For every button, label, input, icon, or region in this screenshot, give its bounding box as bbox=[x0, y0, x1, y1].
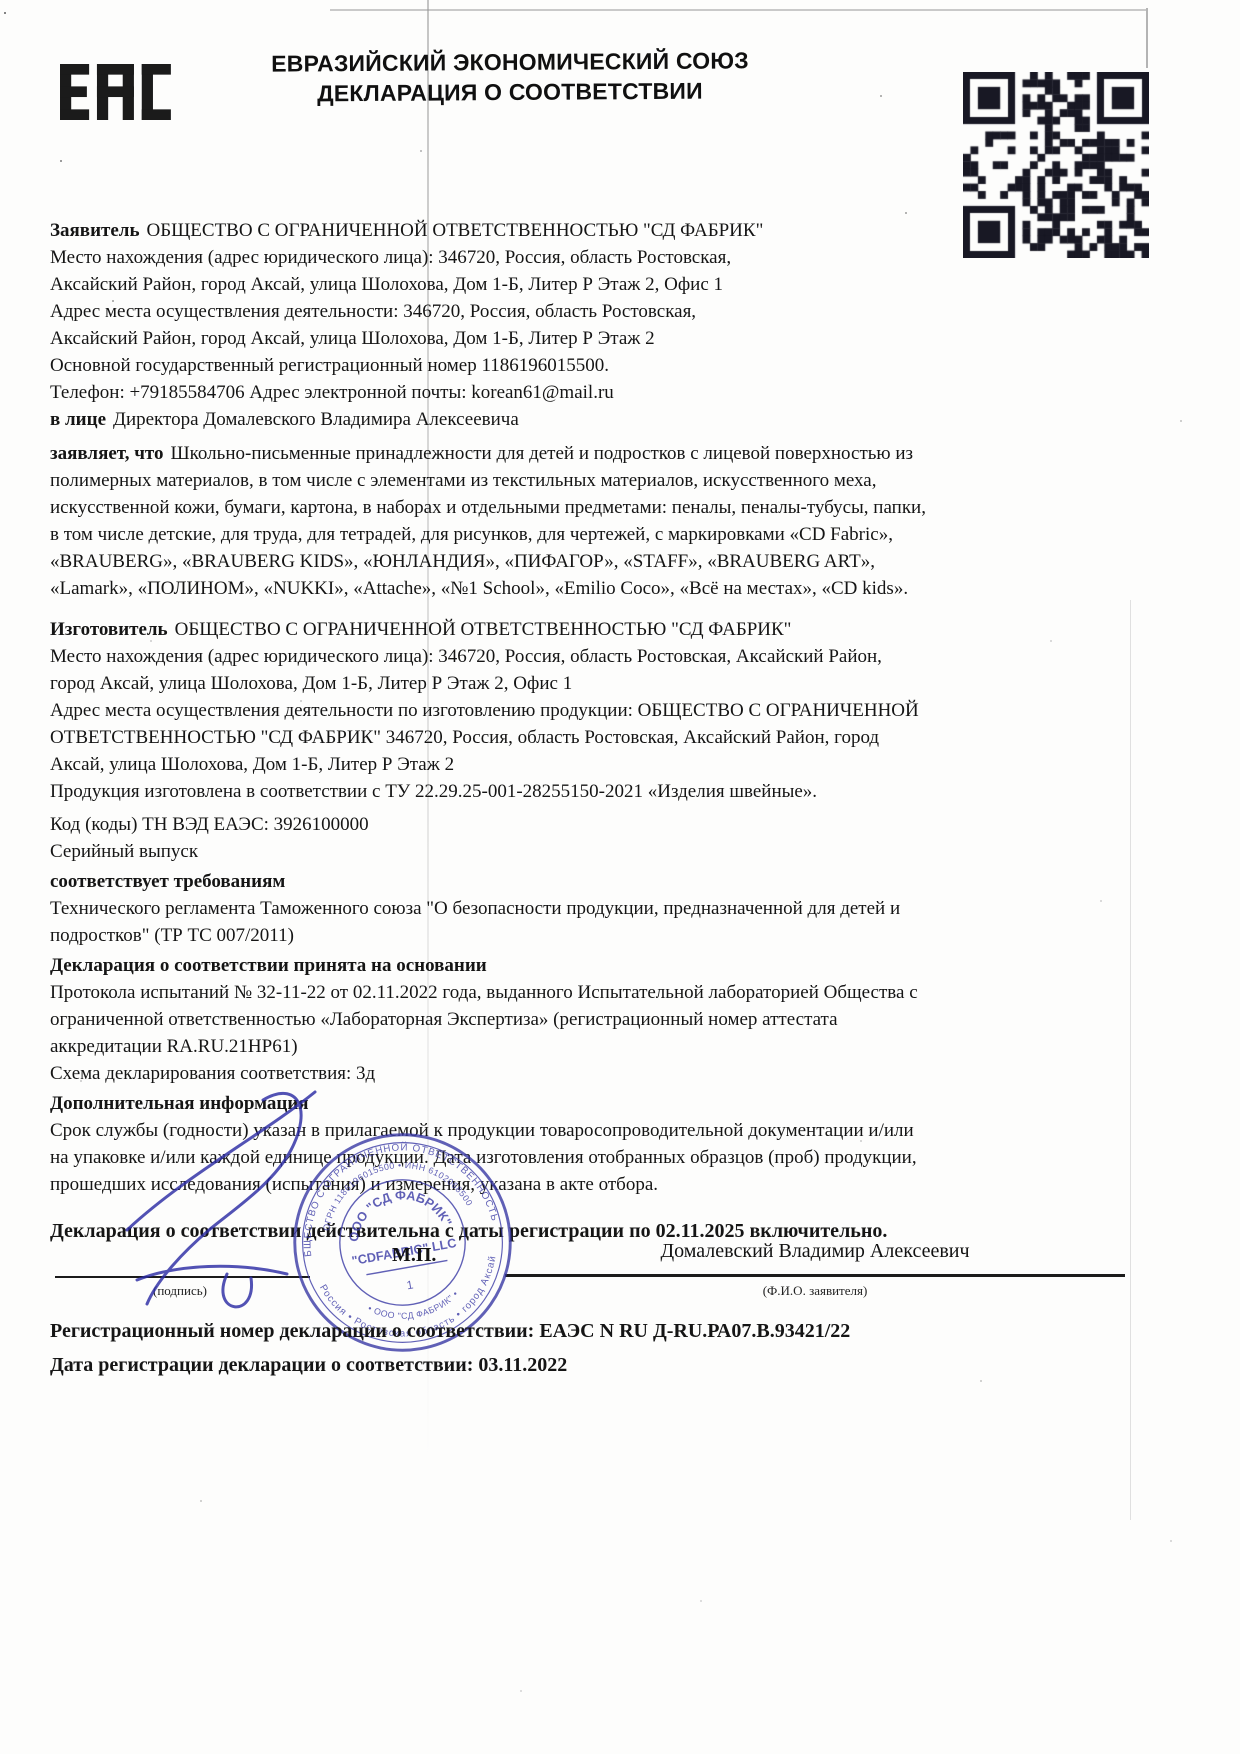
scan-top-line bbox=[330, 9, 1146, 11]
serial-release-line: Серийный выпуск bbox=[50, 839, 198, 865]
manufacturer-address-line: ОТВЕТСТВЕННОСТЬЮ "СД ФАБРИК" 346720, Рос… bbox=[50, 725, 879, 751]
declares-line: полимерных материалов, в том числе с эле… bbox=[50, 468, 876, 494]
declares-text: Школьно-письменные принадлежности для де… bbox=[171, 443, 914, 464]
handwritten-signature bbox=[115, 1078, 345, 1318]
applicant-fio: Домалевский Владимир Алексеевич bbox=[640, 1240, 990, 1263]
compliance-heading: соответствует требованиям bbox=[50, 869, 285, 895]
registration-number-line: Регистрационный номер декларации о соотв… bbox=[50, 1318, 850, 1344]
declares-line: в том числе детские, для труда, для тетр… bbox=[50, 522, 893, 548]
manufacturer-address-line: Место нахождения (адрес юридического лиц… bbox=[50, 644, 882, 670]
declares-line: искусственной кожи, бумаги, картона, в н… bbox=[50, 495, 926, 521]
stamp-center-arc-text: ООО "СД ФАБРИК" bbox=[338, 1178, 456, 1245]
representative-line: в лицеДиректора Домалевского Владимира А… bbox=[50, 407, 519, 433]
declares-brands-line: «BRAUBERG», «BRAUBERG KIDS», «ЮНЛАНДИЯ»,… bbox=[50, 549, 875, 575]
scan-right-streak bbox=[1130, 600, 1131, 1520]
manufacturer-address-line: Аксай, улица Шолохова, Дом 1-Б, Литер Р … bbox=[50, 752, 454, 778]
scan-noise bbox=[0, 0, 2, 2]
representative-name: Директора Домалевского Владимира Алексее… bbox=[113, 409, 519, 430]
scan-right-tick bbox=[1146, 8, 1148, 68]
fio-line bbox=[505, 1274, 1125, 1277]
manufacturer-name: ОБЩЕСТВО С ОГРАНИЧЕННОЙ ОТВЕТСТВЕННОСТЬЮ… bbox=[175, 619, 792, 640]
applicant-line: ЗаявительОБЩЕСТВО С ОГРАНИЧЕННОЙ ОТВЕТСТ… bbox=[50, 218, 763, 244]
basis-line: ограниченной ответственностью «Лаборатор… bbox=[50, 1007, 838, 1033]
applicant-ogrn-line: Основной государственный регистрационный… bbox=[50, 353, 609, 379]
declares-label: заявляет, что bbox=[50, 443, 164, 464]
applicant-address-line: Аксайский Район, город Аксай, улица Шоло… bbox=[50, 272, 723, 298]
representative-label: в лице bbox=[50, 409, 106, 430]
stamp-center-number: 1 bbox=[406, 1278, 415, 1292]
applicant-address-line: Аксайский Район, город Аксай, улица Шоло… bbox=[50, 326, 655, 352]
compliance-line: Технического регламента Таможенного союз… bbox=[50, 896, 900, 922]
basis-line: Протокола испытаний № 32-11-22 от 02.11.… bbox=[50, 980, 918, 1006]
applicant-address-line: Адрес места осуществления деятельности: … bbox=[50, 299, 696, 325]
declares-line: заявляет, чтоШкольно-письменные принадле… bbox=[50, 441, 913, 467]
compliance-line: подростков" (ТР ТС 007/2011) bbox=[50, 923, 294, 949]
applicant-name: ОБЩЕСТВО С ОГРАНИЧЕННОЙ ОТВЕТСТВЕННОСТЬЮ… bbox=[147, 220, 764, 241]
qr-code bbox=[963, 72, 1149, 258]
eac-mark-logo bbox=[60, 42, 172, 147]
manufacturer-line: ИзготовительОБЩЕСТВО С ОГРАНИЧЕННОЙ ОТВЕ… bbox=[50, 617, 791, 643]
doc-type-title: ДЕКЛАРАЦИЯ О СООТВЕТСТВИИ bbox=[255, 76, 765, 109]
manufacturer-address-line: город Аксай, улица Шолохова, Дом 1-Б, Ли… bbox=[50, 671, 572, 697]
applicant-address-line: Место нахождения (адрес юридического лиц… bbox=[50, 245, 731, 271]
production-standard-line: Продукция изготовлена в соответствии с Т… bbox=[50, 779, 817, 805]
manufacturer-label: Изготовитель bbox=[50, 619, 168, 640]
union-name-title: ЕВРАЗИЙСКИЙ ЭКОНОМИЧЕСКИЙ СОЮЗ bbox=[255, 46, 765, 79]
registration-date-line: Дата регистрации декларации о соответств… bbox=[50, 1352, 567, 1378]
declaration-document: ЕВРАЗИЙСКИЙ ЭКОНОМИЧЕСКИЙ СОЮЗ ДЕКЛАРАЦИ… bbox=[0, 0, 1240, 1754]
tnved-code-line: Код (коды) ТН ВЭД ЕАЭС: 3926100000 bbox=[50, 812, 369, 838]
svg-text:ООО "СД ФАБРИК": ООО "СД ФАБРИК" bbox=[338, 1178, 456, 1245]
applicant-contacts-line: Телефон: +79185584706 Адрес электронной … bbox=[50, 380, 614, 406]
applicant-label: Заявитель bbox=[50, 220, 140, 241]
declares-brands-line: «Lamark», «ПОЛИНОМ», «NUKKI», «Attache»,… bbox=[50, 576, 908, 602]
fio-caption: (Ф.И.О. заявителя) bbox=[690, 1283, 940, 1299]
mp-label: М.П. bbox=[392, 1244, 436, 1267]
basis-heading: Декларация о соответствии принята на осн… bbox=[50, 953, 487, 979]
basis-line: аккредитации RA.RU.21НР61) bbox=[50, 1034, 298, 1060]
manufacturer-address-line: Адрес места осуществления деятельности п… bbox=[50, 698, 919, 724]
